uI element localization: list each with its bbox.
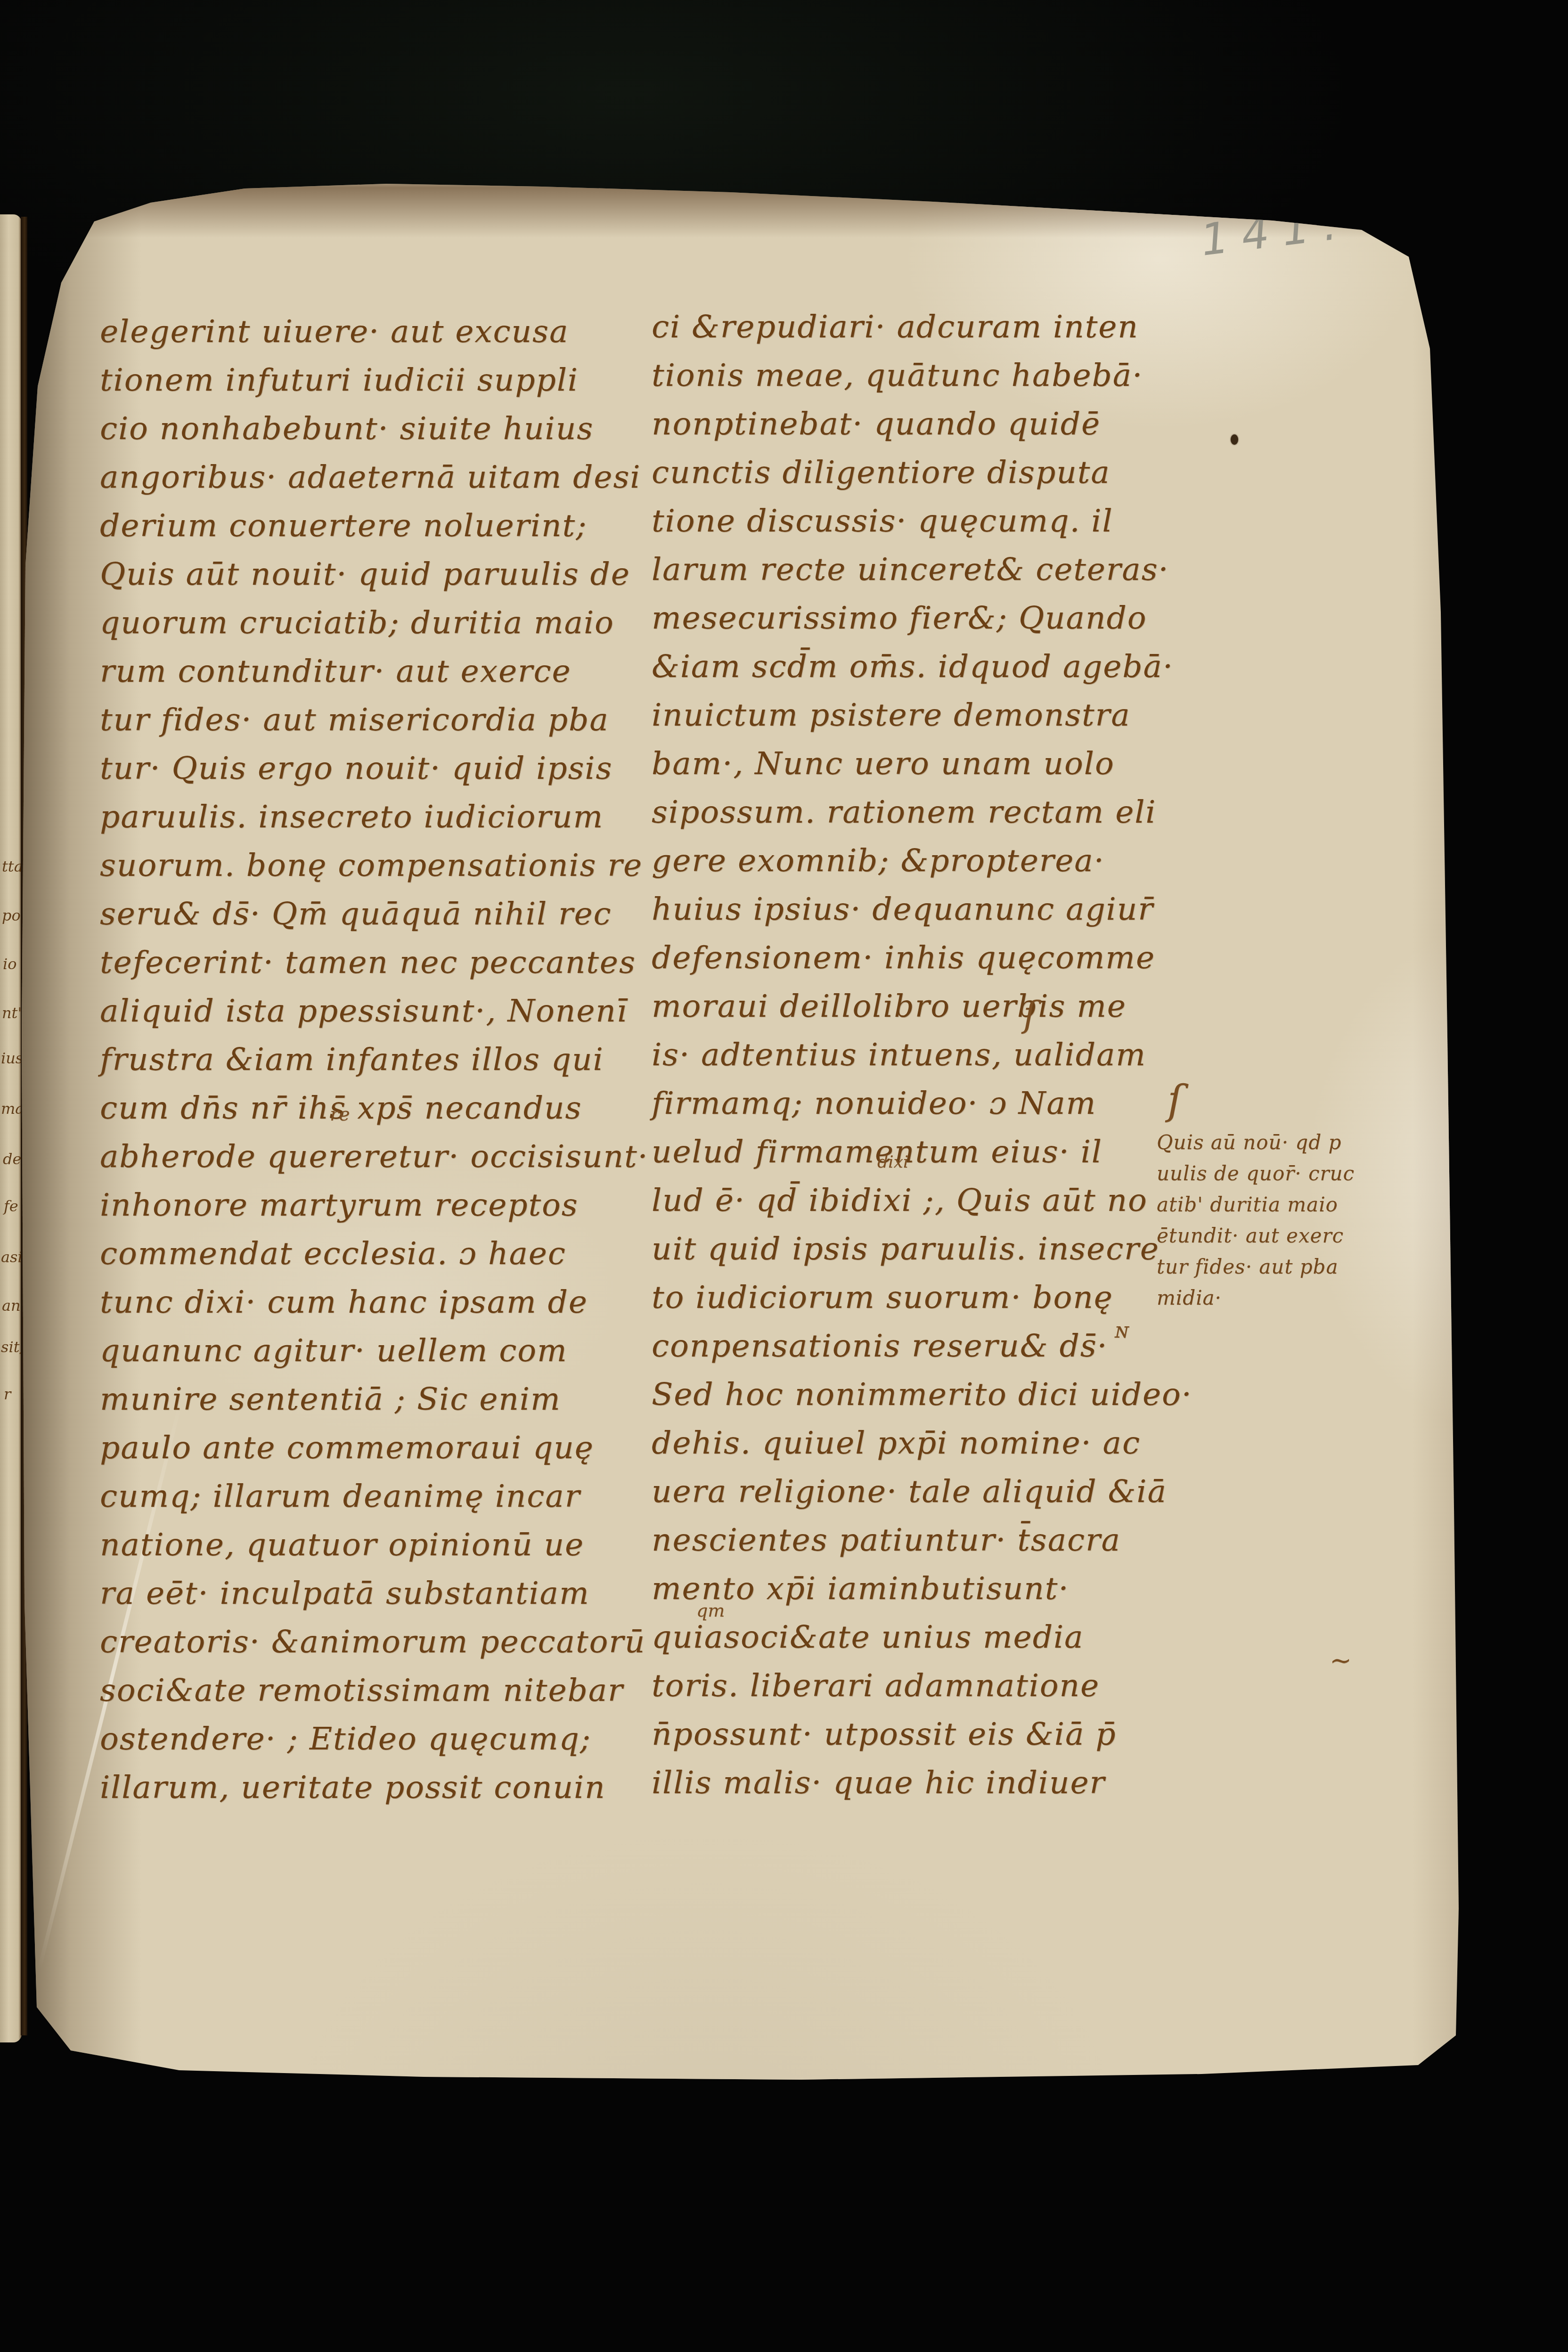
text-line: &iam scd̄m om̄s. idquod agebā·: [652, 642, 1241, 691]
text-line: cum dn̄s nr̄ ihs̄ xps̄ necandus: [100, 1084, 689, 1132]
text-line: elegerint uiuere· aut excusa: [100, 307, 689, 356]
text-line: larum recte uinceret& ceteras·: [652, 545, 1241, 594]
text-line: uit quid ipsis paruulis. insecre: [652, 1225, 1241, 1273]
text-line: lud ē· qd̄ ibidixi ;, Quis aūt no: [652, 1176, 1241, 1225]
text-line: tefecerint· tamen nec peccantes: [100, 938, 689, 987]
text-line: tionis meae, quātunc habebā·: [652, 351, 1241, 400]
text-line: firmamq; nonuideo· ɔ Nam: [652, 1079, 1241, 1127]
text-line: abherode quereretur· occisisunt·: [100, 1132, 689, 1181]
text-line: defensionem· inhis quęcomme: [652, 933, 1241, 982]
text-line: nonptinebat· quando quidē: [652, 400, 1241, 448]
text-line: sipossum. rationem rectam eli: [652, 788, 1241, 836]
text-line: paulo ante commemoraui quę: [100, 1423, 689, 1472]
text-line: huius ipsius· dequanunc agiur̄: [652, 885, 1241, 933]
text-line: aliquid ista ppessisunt·, Nonenī: [100, 987, 689, 1035]
text-line: derium conuertere noluerint;: [100, 501, 689, 550]
text-line: dehis. quiuel pxp̄i nomine· ac: [652, 1419, 1241, 1467]
text-line: gere exomnib; &propterea·: [652, 836, 1241, 885]
text-line: commendat ecclesia. ɔ haec: [100, 1229, 689, 1278]
text-line: inhonore martyrum receptos: [100, 1181, 689, 1229]
text-line: to iudiciorum suorum· bonę: [652, 1273, 1241, 1322]
text-line: creatoris· &animorum peccatorū: [100, 1617, 689, 1666]
text-line: cunctis diligentiore disputa: [652, 448, 1241, 497]
margin-note: Quis aū noū· qd puulis de quor̄· crucati…: [1157, 1127, 1458, 1314]
text-line: Sed hoc nonimmerito dici uideo·: [652, 1370, 1241, 1419]
text-line: quorum cruciatib; duritia maio: [100, 598, 689, 647]
text-line: ētundit· aut exerc: [1157, 1220, 1458, 1251]
page-number: 141.: [1198, 197, 1353, 266]
text-line: bam·, Nunc uero unam uolo: [652, 739, 1241, 788]
text-column-right: ci &repudiari· adcuram intentionis meae,…: [652, 302, 1241, 1807]
text-line: inuictum psistere demonstra: [652, 691, 1241, 739]
manuscript-page: 141. elegerint uiuere· aut excusationem …: [0, 0, 1568, 2352]
text-line: frustra &iam infantes illos qui: [100, 1035, 689, 1084]
text-line: mesecurissimo fier&; Quando: [652, 594, 1241, 642]
text-line: cumq; illarum deanimę incar: [100, 1472, 689, 1520]
text-line: angoribus· adaeternā uitam desi: [100, 453, 689, 501]
text-line: suorum. bonę compensationis re: [100, 841, 689, 890]
text-line: uelud firmamentum eius· il: [652, 1127, 1241, 1176]
text-line: Quis aūt nouit· quid paruulis de: [100, 550, 689, 598]
text-line: illis malis· quae hic indiuer: [652, 1758, 1241, 1807]
text-line: natione, quatuor opinionū ue: [100, 1520, 689, 1569]
text-line: conpensationis reseru& ds̄·: [652, 1322, 1241, 1370]
text-line: tunc dixi· cum hanc ipsam de: [100, 1278, 689, 1326]
text-line: n̄possunt· utpossit eis &iā p̄: [652, 1710, 1241, 1758]
text-line: tur fides· aut misericordia pba: [100, 695, 689, 744]
text-line: moraui deillolibro uerbis me: [652, 982, 1241, 1030]
text-line: paruulis. insecreto iudiciorum: [100, 792, 689, 841]
text-column-left: elegerint uiuere· aut excusationem infut…: [100, 307, 689, 1812]
text-line: mento xp̄i iaminbutisunt·: [652, 1564, 1241, 1613]
interlinear-mark: ~: [1330, 1645, 1352, 1676]
text-line: tionem infuturi iudicii suppli: [100, 356, 689, 404]
text-line: munire sententiā ; Sic enim: [100, 1375, 689, 1423]
text-line: uera religione· tale aliquid &iā: [652, 1467, 1241, 1516]
facing-page-edge: [0, 214, 22, 2042]
text-line: Quis aū noū· qd p: [1157, 1127, 1458, 1158]
text-line: quiasoci&ate unius media: [652, 1613, 1241, 1661]
text-line: quanunc agitur· uellem com: [100, 1326, 689, 1375]
text-line: nescientes patiuntur· t̄sacra: [652, 1516, 1241, 1564]
text-line: is· adtentius intuens, ualidam: [652, 1030, 1241, 1079]
text-line: midia·: [1157, 1282, 1458, 1314]
text-line: tur· Quis ergo nouit· quid ipsis: [100, 744, 689, 792]
text-line: ostendere· ; Etideo quęcumq;: [100, 1715, 689, 1763]
text-line: cio nonhabebunt· siuite huius: [100, 404, 689, 453]
text-line: seru& ds̄· Qm̄ quāquā nihil rec: [100, 890, 689, 938]
text-line: toris. liberari adamnatione: [652, 1661, 1241, 1710]
text-line: tur fides· aut pba: [1157, 1251, 1458, 1282]
text-line: rum contunditur· aut exerce: [100, 647, 689, 695]
text-line: uulis de quor̄· cruc: [1157, 1158, 1458, 1189]
text-line: soci&ate remotissimam nitebar: [100, 1666, 689, 1715]
text-line: ci &repudiari· adcuram inten: [652, 302, 1241, 351]
text-line: ra eēt· inculpatā substantiam: [100, 1569, 689, 1617]
text-line: atib' duritia maio: [1157, 1189, 1458, 1220]
text-line: tione discussis· quęcumq. il: [652, 497, 1241, 545]
text-line: illarum, ueritate possit conuin: [100, 1763, 689, 1812]
photo-background: ttapoiont'iusmadefeasiansit;r 141. elege…: [0, 0, 1568, 2352]
